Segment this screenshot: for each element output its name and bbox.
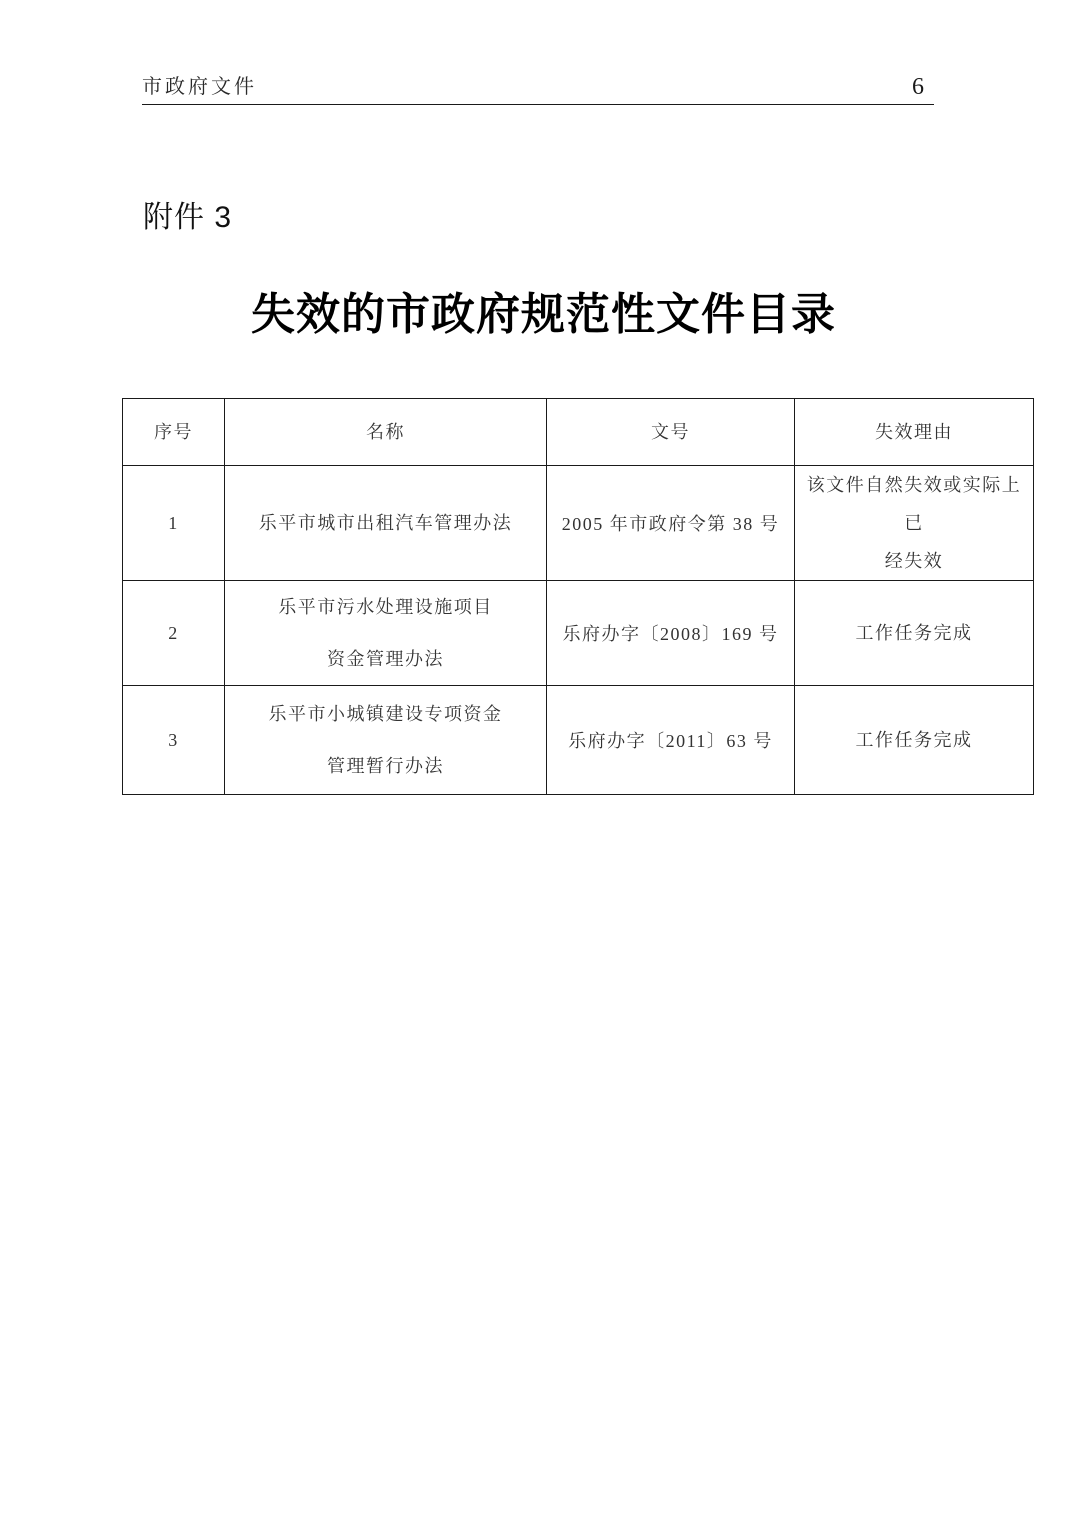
cell-row2-doc-no: 乐府办字〔2008〕169 号 bbox=[547, 581, 795, 686]
page-header: 市政府文件 6 bbox=[142, 70, 934, 105]
cell-row2-no: 2 bbox=[123, 581, 225, 686]
cell-row1-name: 乐平市城市出租汽车管理办法 bbox=[225, 466, 547, 581]
table-row: 2 乐平市污水处理设施项目 资金管理办法 乐府办字〔2008〕169 号 工作任… bbox=[123, 581, 1034, 686]
cell-row1-no: 1 bbox=[123, 466, 225, 581]
cell-row2-name: 乐平市污水处理设施项目 资金管理办法 bbox=[225, 581, 547, 686]
header-cell-reason: 失效理由 bbox=[795, 399, 1034, 466]
cell-row2-reason: 工作任务完成 bbox=[795, 581, 1034, 686]
cell-row3-doc-no: 乐府办字〔2011〕63 号 bbox=[547, 686, 795, 795]
table-header-row: 序号 名称 文号 失效理由 bbox=[123, 399, 1034, 466]
header-cell-doc-no: 文号 bbox=[547, 399, 795, 466]
cell-row3-reason: 工作任务完成 bbox=[795, 686, 1034, 795]
page-title: 失效的市政府规范性文件目录 bbox=[122, 290, 965, 341]
page-number: 6 bbox=[912, 75, 934, 99]
table-row: 3 乐平市小城镇建设专项资金 管理暂行办法 乐府办字〔2011〕63 号 工作任… bbox=[123, 686, 1034, 795]
invalid-documents-table: 序号 名称 文号 失效理由 1 乐平市城市出租汽车管理办法 2005 年市政府令… bbox=[122, 398, 1034, 795]
cell-row1-doc-no: 2005 年市政府令第 38 号 bbox=[547, 466, 795, 581]
attachment-label: 附件 3 bbox=[143, 192, 232, 236]
cell-row1-reason: 该文件自然失效或实际上已 经失效 bbox=[795, 466, 1034, 581]
cell-row3-no: 3 bbox=[123, 686, 225, 795]
header-doc-type-label: 市政府文件 bbox=[142, 70, 257, 99]
cell-row3-name: 乐平市小城镇建设专项资金 管理暂行办法 bbox=[225, 686, 547, 795]
header-cell-no: 序号 bbox=[123, 399, 225, 466]
table-row: 1 乐平市城市出租汽车管理办法 2005 年市政府令第 38 号 该文件自然失效… bbox=[123, 466, 1034, 581]
header-cell-name: 名称 bbox=[225, 399, 547, 466]
